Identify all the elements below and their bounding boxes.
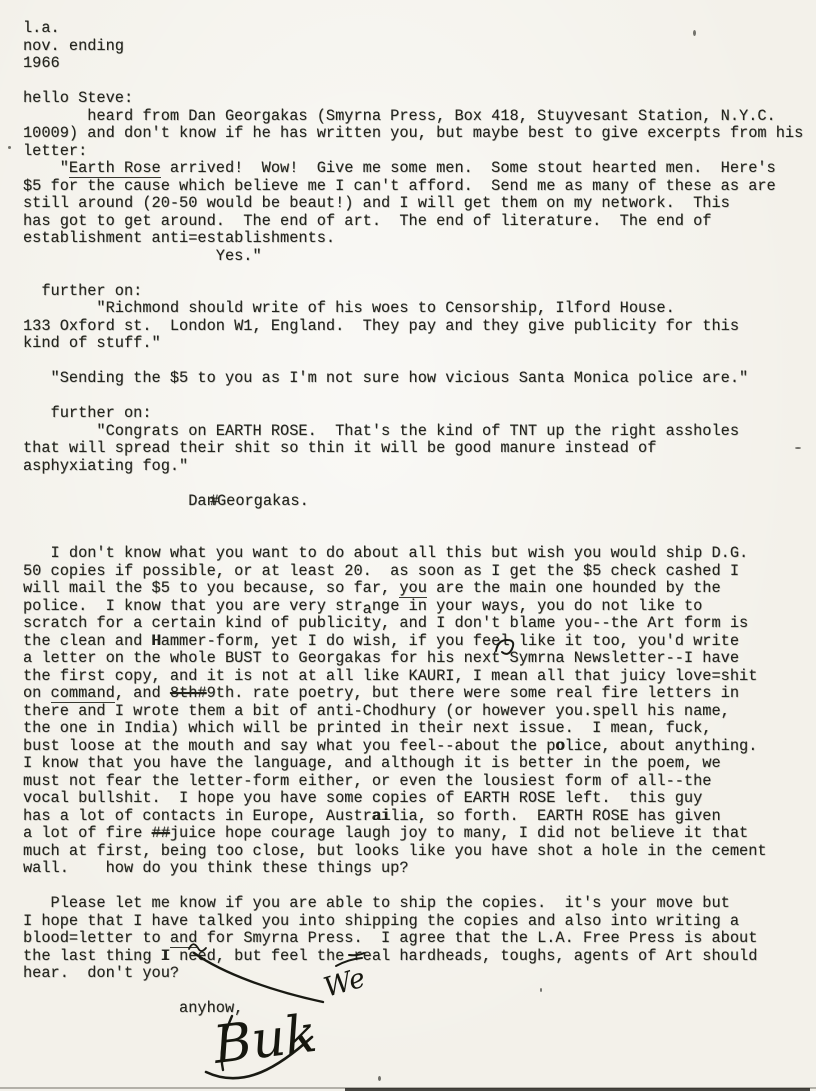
letter-text-segment: lice, about anything. (565, 737, 758, 755)
letter-line: Yes." (23, 248, 803, 266)
letter-line: "Earth Rose arrived! Wow! Give me some m… (23, 160, 803, 178)
letter-line: will mail the $5 to you because, so far,… (23, 580, 803, 598)
letter-line: anyhow, (23, 1000, 803, 1018)
letter-line: still around (20-50 would be beaut!) and… (23, 195, 803, 213)
letter-line: blood=letter to and for Smyrna Press. I … (23, 930, 803, 948)
letter-text-segment: 8th# (170, 684, 207, 702)
letter-line: the last thing I need, but feel the real… (23, 948, 803, 966)
letter-line: must not fear the letter-form either, or… (23, 773, 803, 791)
letter-text-segment: "Congrats on EARTH ROSE. That's the kind… (23, 422, 739, 440)
letter-text-segment: command (51, 684, 115, 703)
letter-text-segment: I hope that I have talked you into shipp… (23, 912, 739, 930)
letter-line: I don't know what you want to do about a… (23, 545, 803, 563)
letter-line: establishment anti=establishments. (23, 230, 803, 248)
letter-text-segment: must not fear the letter-form either, or… (23, 772, 711, 790)
letter-text-segment: the one in India) which will be printed … (23, 719, 711, 737)
letter-text-segment: 133 Oxford st. London W1, England. They … (23, 317, 739, 335)
scan-speck (8, 146, 11, 149)
letter-text-segment: I know that you have the language, and a… (23, 754, 721, 772)
letter-line (23, 878, 803, 896)
letter-text-segment: for Smyrna Press. I agree that the L.A. … (197, 929, 757, 947)
letter-text-segment: arrived! Wow! Give me some men. Some sto… (161, 159, 776, 177)
letter-line: hear. don't you? (23, 965, 803, 983)
scan-speck (378, 1076, 381, 1081)
letter-line: I know that you have the language, and a… (23, 755, 803, 773)
letter-line: "Richmond should write of his woes to Ce… (23, 300, 803, 318)
letter-text-segment: anyhow, (23, 999, 243, 1017)
letter-text-segment: blood=letter to (23, 929, 170, 947)
letter-line: the one in India) which will be printed … (23, 720, 803, 738)
letter-text-segment: asphyxiating fog." (23, 457, 188, 475)
letter-line: much at first, being too close, but look… (23, 843, 803, 861)
letter-text-segment: still around (20-50 would be beaut!) and… (23, 194, 730, 212)
letter-text-segment: a letter on the whole BUST to Georgakas … (23, 649, 739, 667)
letter-text-segment: has got to get around. The end of art. T… (23, 212, 711, 230)
letter-text-segment: 1966 (23, 54, 60, 72)
letter-text-segment: establishment anti=establishments. (23, 229, 335, 247)
letter-text-segment: kind of stuff." (23, 334, 161, 352)
letter-line (23, 73, 803, 91)
letter-text-segment: , and (115, 684, 170, 702)
scan-speck (795, 447, 801, 449)
letter-line: nov. ending (23, 38, 803, 56)
letter-text-segment: ai (372, 807, 390, 825)
letter-line: has a lot of contacts in Europe, Austrai… (23, 808, 803, 826)
letter-line: that will spread their shit so thin it w… (23, 440, 803, 458)
letter-text-segment: on (23, 684, 51, 702)
letter-text-segment: the last thing (23, 947, 161, 965)
letter-line (23, 265, 803, 283)
letter-text-segment: a (363, 600, 372, 618)
letter-text-segment: further on: (23, 282, 142, 300)
letter-text-segment: you (399, 579, 427, 598)
letter-line: "Sending the $5 to you as I'm not sure h… (23, 370, 803, 388)
letter-line: l.a. (23, 20, 803, 38)
letter-text-segment: that will spread their shit so thin it w… (23, 439, 656, 457)
letter-line (23, 353, 803, 371)
letter-text-segment: heard from Dan Georgakas (Smyrna Press, … (23, 107, 776, 125)
letter-text-segment: ammer-form, yet I do wish, if you feel l… (161, 632, 739, 650)
letter-text-segment: bust loose at the mouth and say what you… (23, 737, 555, 755)
letter-line: 10009) and don't know if he has written … (23, 125, 803, 143)
letter-text-segment: 9th. rate poetry, but there were some re… (207, 684, 739, 702)
letter-text-segment: Georgakas. (217, 492, 309, 510)
scan-speck (540, 988, 542, 992)
scan-speck (693, 30, 696, 36)
letter-line: heard from Dan Georgakas (Smyrna Press, … (23, 108, 803, 126)
letter-text-segment: l.a. (23, 19, 60, 37)
signature-flourish (206, 1037, 312, 1078)
scanned-letter-page: l.a.nov. ending1966hello Steve: heard fr… (0, 0, 816, 1091)
letter-line: the clean and Hammer-form, yet I do wish… (23, 633, 803, 651)
letter-line: $5 for the cause which believe me I can'… (23, 178, 803, 196)
letter-line: 50 copies if possible, or at least 20. a… (23, 563, 803, 581)
letter-line: kind of stuff." (23, 335, 803, 353)
letter-line (23, 475, 803, 493)
letter-line: bust loose at the mouth and say what you… (23, 738, 803, 756)
letter-line: letter: (23, 143, 803, 161)
letter-text-segment: letter: (23, 142, 87, 160)
letter-text-segment: juice hope courage laugh joy to many, I … (170, 824, 748, 842)
letter-text-segment: "Sending the $5 to you as I'm not sure h… (23, 369, 748, 387)
letter-text-segment: "Richmond should write of his woes to Ce… (23, 299, 675, 317)
letter-line: a letter on the whole BUST to Georgakas … (23, 650, 803, 668)
letter-line (23, 510, 803, 528)
letter-line: a lot of fire ##juice hope courage laugh… (23, 825, 803, 843)
letter-text-segment: hear. don't you? (23, 964, 179, 982)
letter-text-segment: much at first, being too close, but look… (23, 842, 767, 860)
letter-text-segment: I don't know what you want to do about a… (23, 544, 748, 562)
letter-line: Dan#Georgakas. (23, 493, 803, 511)
letter-line: I hope that I have talked you into shipp… (23, 913, 803, 931)
letter-line: police. I know that you are very strange… (23, 598, 803, 616)
letter-line: 1966 (23, 55, 803, 73)
letter-line: asphyxiating fog." (23, 458, 803, 476)
letter-text-segment: will mail the $5 to you because, so far, (23, 579, 399, 597)
letter-line (23, 528, 803, 546)
letter-line: vocal bullshit. I hope you have some cop… (23, 790, 803, 808)
letter-line: further on: (23, 405, 803, 423)
letter-text-segment: a lot of fire (23, 824, 152, 842)
scan-edge-bar (345, 1088, 810, 1091)
letter-line (23, 983, 803, 1001)
letter-text-segment: H (152, 632, 161, 650)
letter-text-segment: police. I know that you are very str (23, 597, 363, 615)
letter-line: there and I wrote them a bit of anti-Cho… (23, 703, 803, 721)
letter-text-segment: the clean and (23, 632, 152, 650)
letter-line (23, 388, 803, 406)
letter-line: scratch for a certain kind of publicity,… (23, 615, 803, 633)
letter-text-segment: 10009) and don't know if he has written … (23, 124, 803, 142)
letter-text-segment: $5 for the cause which believe me I can'… (23, 177, 776, 195)
letter-text-segment: Yes." (23, 247, 262, 265)
letter-text-segment: scratch for a certain kind of publicity,… (23, 614, 748, 632)
letter-text-segment: further on: (23, 404, 152, 422)
letter-text-segment: hello Steve: (23, 89, 133, 107)
letter-text-segment: vocal bullshit. I hope you have some cop… (23, 789, 702, 807)
letter-text-segment: the first copy, and it is not at all lik… (23, 667, 757, 685)
letter-text-segment: " (23, 159, 69, 177)
letter-line: has got to get around. The end of art. T… (23, 213, 803, 231)
letter-text-segment: there and I wrote them a bit of anti-Cho… (23, 702, 730, 720)
letter-line: wall. how do you think these things up? (23, 860, 803, 878)
letter-text-segment: ## (152, 824, 170, 842)
signature-flourish (222, 1016, 232, 1070)
letter-text-segment: has a lot of contacts in Europe, Austr (23, 807, 372, 825)
letter-line: "Congrats on EARTH ROSE. That's the kind… (23, 423, 803, 441)
letter-text-segment: lia, so forth. EARTH ROSE has given (390, 807, 720, 825)
letter-text-segment: Earth Rose (69, 159, 161, 178)
letter-line: the first copy, and it is not at all lik… (23, 668, 803, 686)
letter-text-segment: I (161, 947, 170, 965)
letter-line: 133 Oxford st. London W1, England. They … (23, 318, 803, 336)
letter-text-segment: wall. how do you think these things up? (23, 859, 409, 877)
letter-text-segment: and (170, 929, 198, 948)
letter-text-segment: need, but feel the real hardheads, tough… (170, 947, 758, 965)
letter-text-segment: o (555, 737, 564, 755)
letter-line: on command, and 8th#9th. rate poetry, bu… (23, 685, 803, 703)
letter-text-segment: Please let me know if you are able to sh… (23, 894, 730, 912)
letter-line: hello Steve: (23, 90, 803, 108)
letter-line: Please let me know if you are able to sh… (23, 895, 803, 913)
letter-text-segment: 50 copies if possible, or at least 20. a… (23, 562, 739, 580)
letter-text-segment: Dan (23, 492, 216, 510)
letter-text-segment: nge in your ways, you do not like to (372, 597, 702, 615)
letter-line: further on: (23, 283, 803, 301)
letter-text-segment: are the main one hounded by the (427, 579, 721, 597)
letter-text-segment: nov. ending (23, 37, 124, 55)
letter-body: l.a.nov. ending1966hello Steve: heard fr… (23, 20, 803, 1018)
